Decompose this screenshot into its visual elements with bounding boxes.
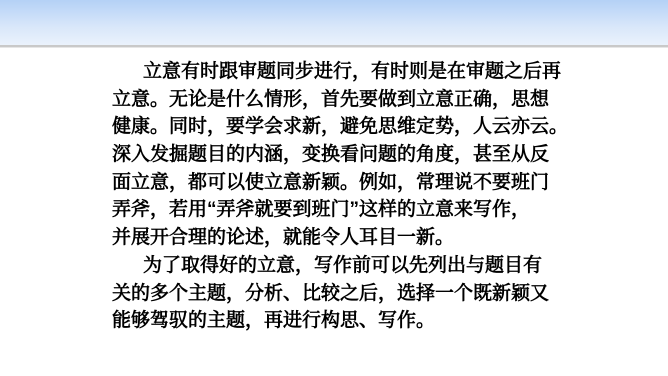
text-line: 面立意，都可以使立意新颖。例如，常理说不要班门 (112, 169, 582, 197)
text-line: 立意有时跟审题同步进行，有时则是在审题之后再 (112, 58, 582, 86)
slide-body-text: 立意有时跟审题同步进行，有时则是在审题之后再 立意。无论是什么情形，首先要做到立… (112, 58, 582, 335)
slide: 立意有时跟审题同步进行，有时则是在审题之后再 立意。无论是什么情形，首先要做到立… (0, 0, 668, 376)
text-line: 为了取得好的立意，写作前可以先列出与题目有 (112, 252, 582, 280)
text-line: 健康。同时，要学会求新，避免思维定势，人云亦云。 (112, 113, 582, 141)
text-line: 弄斧，若用“弄斧就要到班门”这样的立意来写作， (112, 196, 582, 224)
text-line: 并展开合理的论述，就能令人耳目一新。 (112, 224, 582, 252)
slide-header-band (0, 0, 668, 47)
text-line: 能够驾驭的主题，再进行构思、写作。 (112, 307, 582, 335)
text-line: 关的多个主题，分析、比较之后，选择一个既新颖又 (112, 280, 582, 308)
text-line: 深入发掘题目的内涵，变换看问题的角度，甚至从反 (112, 141, 582, 169)
text-line: 立意。无论是什么情形，首先要做到立意正确，思想 (112, 86, 582, 114)
